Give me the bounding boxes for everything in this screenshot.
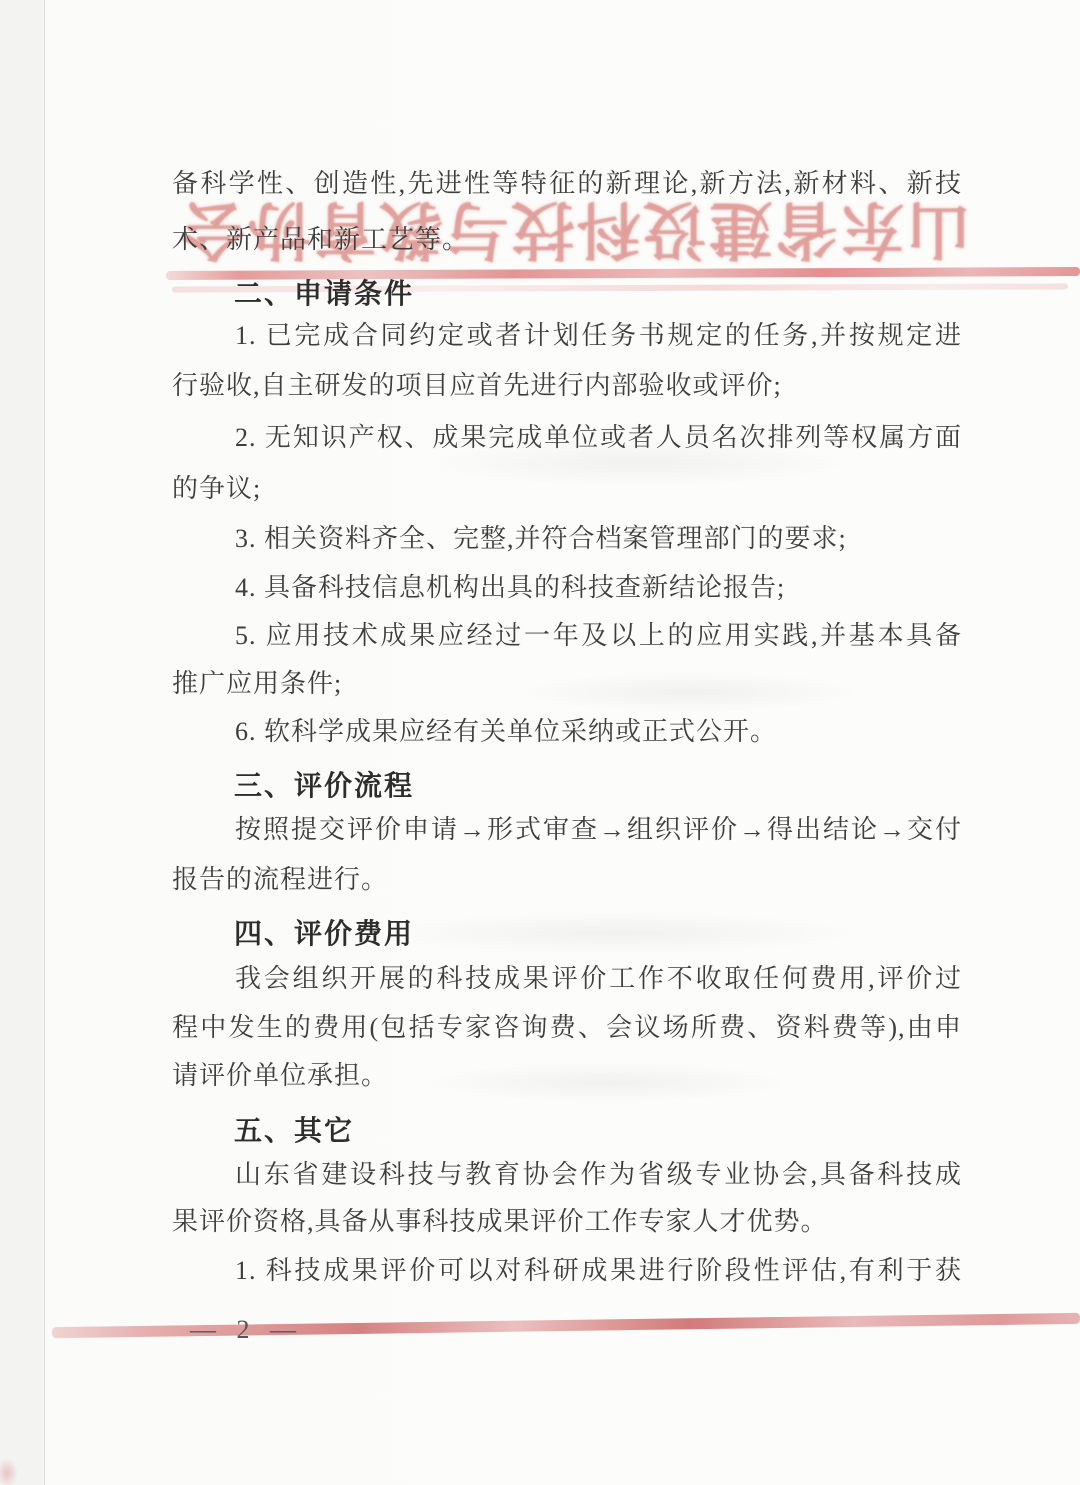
intro-line: 备科学性、创造性,先进性等特征的新理论,新方法,新材料、新技 bbox=[172, 166, 962, 202]
other-line: 1. 科技成果评价可以对科研成果进行阶段性评估,有利于获 bbox=[172, 1253, 962, 1289]
scanned-document-page: 山东省建设科技与教育协会 备科学性、创造性,先进性等特征的新理论,新方法,新材料… bbox=[0, 0, 1080, 1485]
condition-line: 的争议; bbox=[172, 471, 962, 507]
other-line: 果评价资格,具备从事科技成果评价工作专家人才优势。 bbox=[172, 1204, 962, 1240]
heading-application-conditions: 二、申请条件 bbox=[234, 276, 414, 312]
heading-evaluation-fees: 四、评价费用 bbox=[234, 916, 414, 952]
fee-line: 请评价单位承担。 bbox=[172, 1058, 962, 1094]
process-line: 按照提交评价申请→形式审查→组织评价→得出结论→交付 bbox=[172, 812, 962, 848]
page-number: — 2 — bbox=[190, 1312, 303, 1348]
page-edge-line bbox=[44, 0, 45, 1485]
bleed-through-smudge bbox=[380, 912, 860, 954]
fee-line: 我会组织开展的科技成果评价工作不收取任何费用,评价过 bbox=[172, 961, 962, 997]
condition-line: 推广应用条件; bbox=[172, 666, 962, 702]
condition-line: 行验收,自主研发的项目应首先进行内部验收或评价; bbox=[172, 368, 962, 404]
fee-line: 程中发生的费用(包括专家咨询费、会议场所费、资料费等),由申 bbox=[172, 1010, 962, 1046]
condition-line: 2. 无知识产权、成果完成单位或者人员名次排列等权属方面 bbox=[172, 420, 962, 456]
condition-line: 5. 应用技术成果应经过一年及以上的应用实践,并基本具备 bbox=[172, 618, 962, 654]
other-line: 山东省建设科技与教育协会作为省级专业协会,具备科技成 bbox=[172, 1157, 962, 1193]
intro-line: 术、新产品和新工艺等。 bbox=[172, 222, 962, 258]
condition-line: 3. 相关资料齐全、完整,并符合档案管理部门的要求; bbox=[172, 521, 962, 557]
condition-line: 1. 已完成合同约定或者计划任务书规定的任务,并按规定进 bbox=[172, 318, 962, 354]
process-line: 报告的流程进行。 bbox=[172, 862, 962, 898]
heading-other: 五、其它 bbox=[234, 1113, 354, 1149]
condition-line: 6. 软科学成果应经有关单位采纳或正式公开。 bbox=[172, 714, 962, 750]
heading-evaluation-process: 三、评价流程 bbox=[234, 768, 414, 804]
condition-line: 4. 具备科技信息机构出具的科技查新结论报告; bbox=[172, 570, 962, 606]
corner-ink-smudge bbox=[0, 1458, 18, 1485]
